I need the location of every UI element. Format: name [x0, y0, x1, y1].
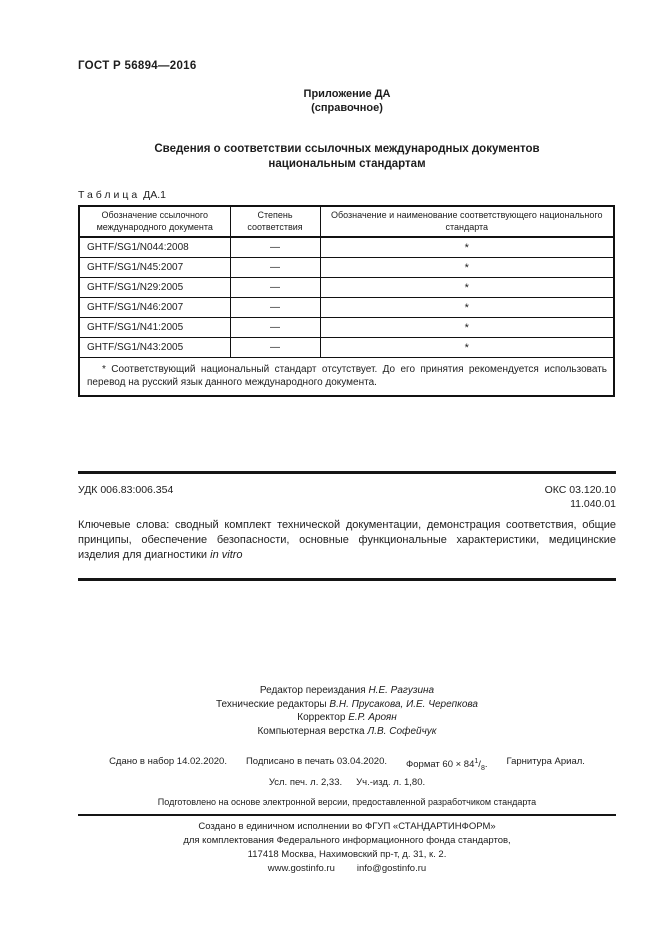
imprint-pub-sheets: Уч.-изд. л. 1,80.: [356, 776, 425, 789]
cell-document: GHTF/SG1/N45:2007: [79, 258, 230, 278]
col-header-reference-document: Обозначение ссылочного международного до…: [79, 206, 230, 237]
oks-codes: ОКС 03.120.10 11.040.01: [545, 483, 616, 511]
credit-names: Н.Е. Рагузина: [368, 685, 434, 696]
cell-standard: *: [320, 278, 614, 298]
credit-line-layout: Компьютерная верстка Л.В. Софейчук: [78, 725, 616, 739]
doc-code: ГОСТ Р 56894—2016: [78, 0, 616, 72]
cell-standard: *: [320, 338, 614, 358]
table-row: GHTF/SG1/N41:2005 — *: [79, 318, 614, 338]
publisher-contacts: www.gostinfo.ruinfo@gostinfo.ru: [78, 862, 616, 876]
oks-code-line-1: ОКС 03.120.10: [545, 483, 616, 497]
cell-document: GHTF/SG1/N044:2008: [79, 237, 230, 258]
credit-line-proofreader: Корректор Е.Р. Ароян: [78, 711, 616, 725]
annex-title: Приложение ДА: [78, 87, 616, 101]
main-title-line-2: национальным стандартам: [78, 157, 616, 172]
cell-document: GHTF/SG1/N29:2005: [79, 278, 230, 298]
classification-row: УДК 006.83:006.354 ОКС 03.120.10 11.040.…: [78, 483, 616, 511]
publisher-line-2: для комплектования Федерального информац…: [78, 834, 616, 848]
credit-names: Л.В. Софейчук: [367, 726, 436, 737]
email-text: info@gostinfo.ru: [357, 863, 426, 874]
table-row: GHTF/SG1/N45:2007 — *: [79, 258, 614, 278]
annex-subtitle: (справочное): [78, 101, 616, 115]
cell-document: GHTF/SG1/N43:2005: [79, 338, 230, 358]
cell-degree: —: [230, 278, 320, 298]
cell-degree: —: [230, 258, 320, 278]
table-caption: Таблица ДА.1: [78, 189, 616, 201]
cell-document: GHTF/SG1/N46:2007: [79, 298, 230, 318]
publisher-line-1: Создано в единичном исполнении во ФГУП «…: [78, 820, 616, 834]
cell-degree: —: [230, 318, 320, 338]
credit-role: Компьютерная верстка: [257, 726, 364, 737]
website-text: www.gostinfo.ru: [268, 863, 335, 874]
table-row: GHTF/SG1/N044:2008 — *: [79, 237, 614, 258]
credit-names: Е.Р. Ароян: [348, 712, 397, 723]
credit-line-technical-editors: Технические редакторы В.Н. Прусакова, И.…: [78, 698, 616, 712]
cell-document: GHTF/SG1/N41:2005: [79, 318, 230, 338]
table-caption-number: ДА.1: [143, 189, 166, 201]
col-header-national-standard: Обозначение и наименование соответствующ…: [320, 206, 614, 237]
cell-standard: *: [320, 258, 614, 278]
credit-names: В.Н. Прусакова, И.Е. Черепкова: [329, 699, 478, 710]
imprint-print-date: Подписано в печать 03.04.2020.: [246, 755, 387, 775]
divider-rule-top: [78, 471, 616, 474]
cell-degree: —: [230, 237, 320, 258]
credit-role: Редактор переиздания: [260, 685, 366, 696]
main-title-line-1: Сведения о соответствии ссылочных междун…: [78, 142, 616, 157]
divider-rule-middle: [78, 578, 616, 581]
credit-role: Корректор: [297, 712, 345, 723]
table-footnote: * Соответствующий национальный стандарт …: [79, 358, 614, 397]
keywords-text: Ключевые слова: сводный комплект техниче…: [78, 519, 616, 561]
prepared-note: Подготовлено на основе электронной верси…: [78, 796, 616, 808]
cell-standard: *: [320, 237, 614, 258]
imprint-line-1: Сдано в набор 14.02.2020. Подписано в пе…: [78, 755, 616, 775]
credit-role: Технические редакторы: [216, 699, 327, 710]
imprint-set-date: Сдано в набор 14.02.2020.: [109, 755, 227, 775]
annex-heading: Приложение ДА (справочное): [78, 87, 616, 115]
main-title: Сведения о соответствии ссылочных междун…: [78, 142, 616, 172]
table-row: GHTF/SG1/N29:2005 — *: [79, 278, 614, 298]
keywords-paragraph: Ключевые слова: сводный комплект техниче…: [78, 518, 616, 563]
credit-line-editor: Редактор переиздания Н.Е. Рагузина: [78, 684, 616, 698]
imprint-typeface: Гарнитура Ариал.: [506, 755, 584, 775]
table-header-row: Обозначение ссылочного международного до…: [79, 206, 614, 237]
udk-code: УДК 006.83:006.354: [78, 483, 173, 497]
table-row: GHTF/SG1/N43:2005 — *: [79, 338, 614, 358]
divider-rule-bottom: [78, 814, 616, 816]
imprint-press-sheets: Усл. печ. л. 2,33.: [269, 776, 342, 789]
imprint-format: Формат 60 × 841/8.: [406, 755, 487, 775]
cell-standard: *: [320, 318, 614, 338]
publisher-block: Создано в единичном исполнении во ФГУП «…: [78, 820, 616, 876]
document-page: ГОСТ Р 56894—2016 Приложение ДА (справоч…: [0, 0, 661, 935]
col-header-degree: Степень соответствия: [230, 206, 320, 237]
cell-standard: *: [320, 298, 614, 318]
credits-block: Редактор переиздания Н.Е. Рагузина Техни…: [78, 684, 616, 738]
table-caption-word: Таблица: [78, 189, 140, 201]
table-row: GHTF/SG1/N46:2007 — *: [79, 298, 614, 318]
cell-degree: —: [230, 338, 320, 358]
cell-degree: —: [230, 298, 320, 318]
page-content: ГОСТ Р 56894—2016 Приложение ДА (справоч…: [78, 0, 616, 876]
imprint-line-2: Усл. печ. л. 2,33. Уч.-изд. л. 1,80.: [78, 776, 616, 789]
oks-code-line-2: 11.040.01: [545, 497, 616, 511]
table-footnote-row: * Соответствующий национальный стандарт …: [79, 358, 614, 397]
publisher-address: 117418 Москва, Нахимовский пр-т, д. 31, …: [78, 848, 616, 862]
keywords-italic-term: in vitro: [210, 549, 242, 561]
correspondence-table: Обозначение ссылочного международного до…: [78, 205, 615, 397]
